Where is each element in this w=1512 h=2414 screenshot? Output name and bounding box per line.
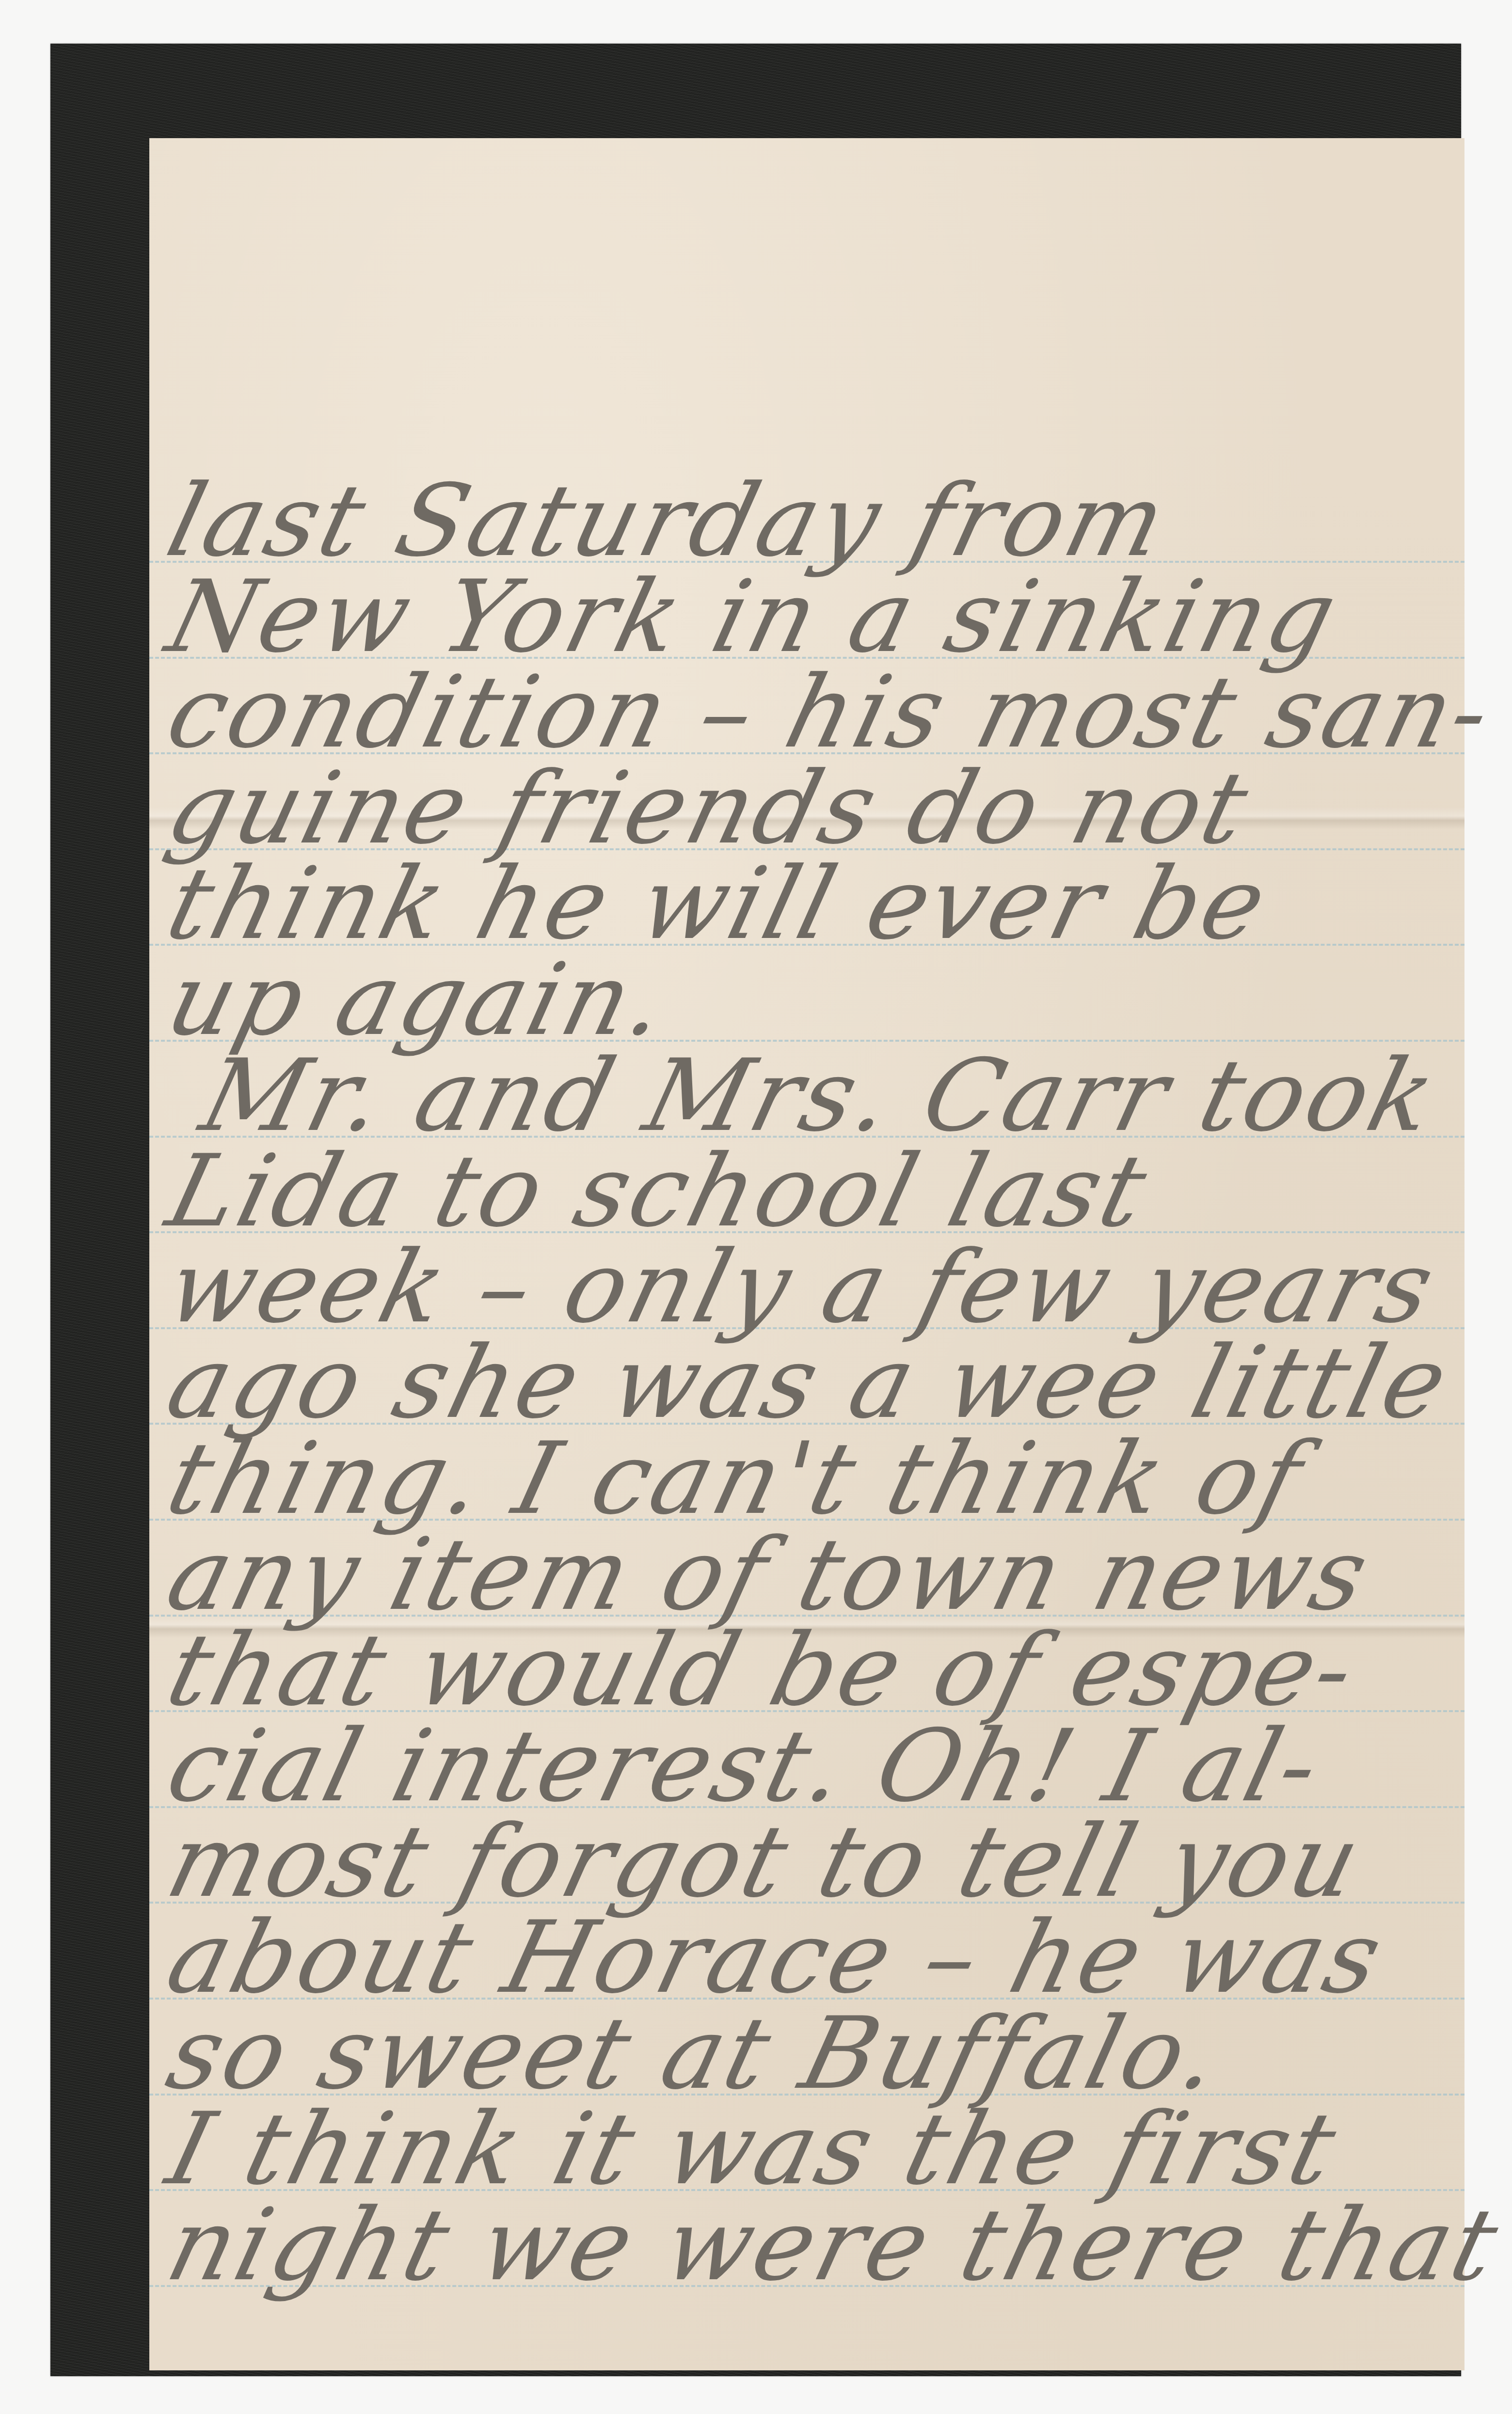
handwritten-line: up again.: [159, 952, 678, 1048]
handwritten-line: so sweet at Buffalo.: [159, 2005, 1231, 2102]
handwritten-line: guine friends do not: [159, 760, 1259, 857]
handwritten-line: that would be of espe-: [159, 1622, 1366, 1719]
letter-sheet-mourning-border: last Saturday from New York in a sinking…: [50, 44, 1461, 2376]
handwritten-line: week – only a few years: [159, 1239, 1445, 1336]
handwritten-line: ago she was a wee little: [159, 1334, 1459, 1431]
handwritten-line: about Horace – he was: [159, 1909, 1393, 2006]
handwritten-line: I think it was the first: [159, 2101, 1347, 2198]
handwritten-line: most forgot to tell you: [159, 1813, 1371, 1910]
handwritten-line: any item of town news: [159, 1526, 1379, 1623]
handwritten-line: night we were there that: [159, 2197, 1509, 2294]
handwritten-line: condition – his most san-: [159, 664, 1502, 761]
handwritten-line: thing. I can't think of: [159, 1430, 1313, 1527]
letter-paper: last Saturday from New York in a sinking…: [149, 138, 1464, 2370]
handwritten-line: think he will ever be: [159, 856, 1277, 953]
handwritten-line: Mr. and Mrs. Carr took: [193, 1048, 1446, 1144]
handwritten-line: New York in a sinking: [159, 569, 1347, 666]
handwritten-line: cial interest. Oh! I al-: [159, 1718, 1331, 1815]
handwritten-line: last Saturday from: [159, 473, 1177, 570]
handwritten-line: Lida to school last: [159, 1143, 1158, 1240]
